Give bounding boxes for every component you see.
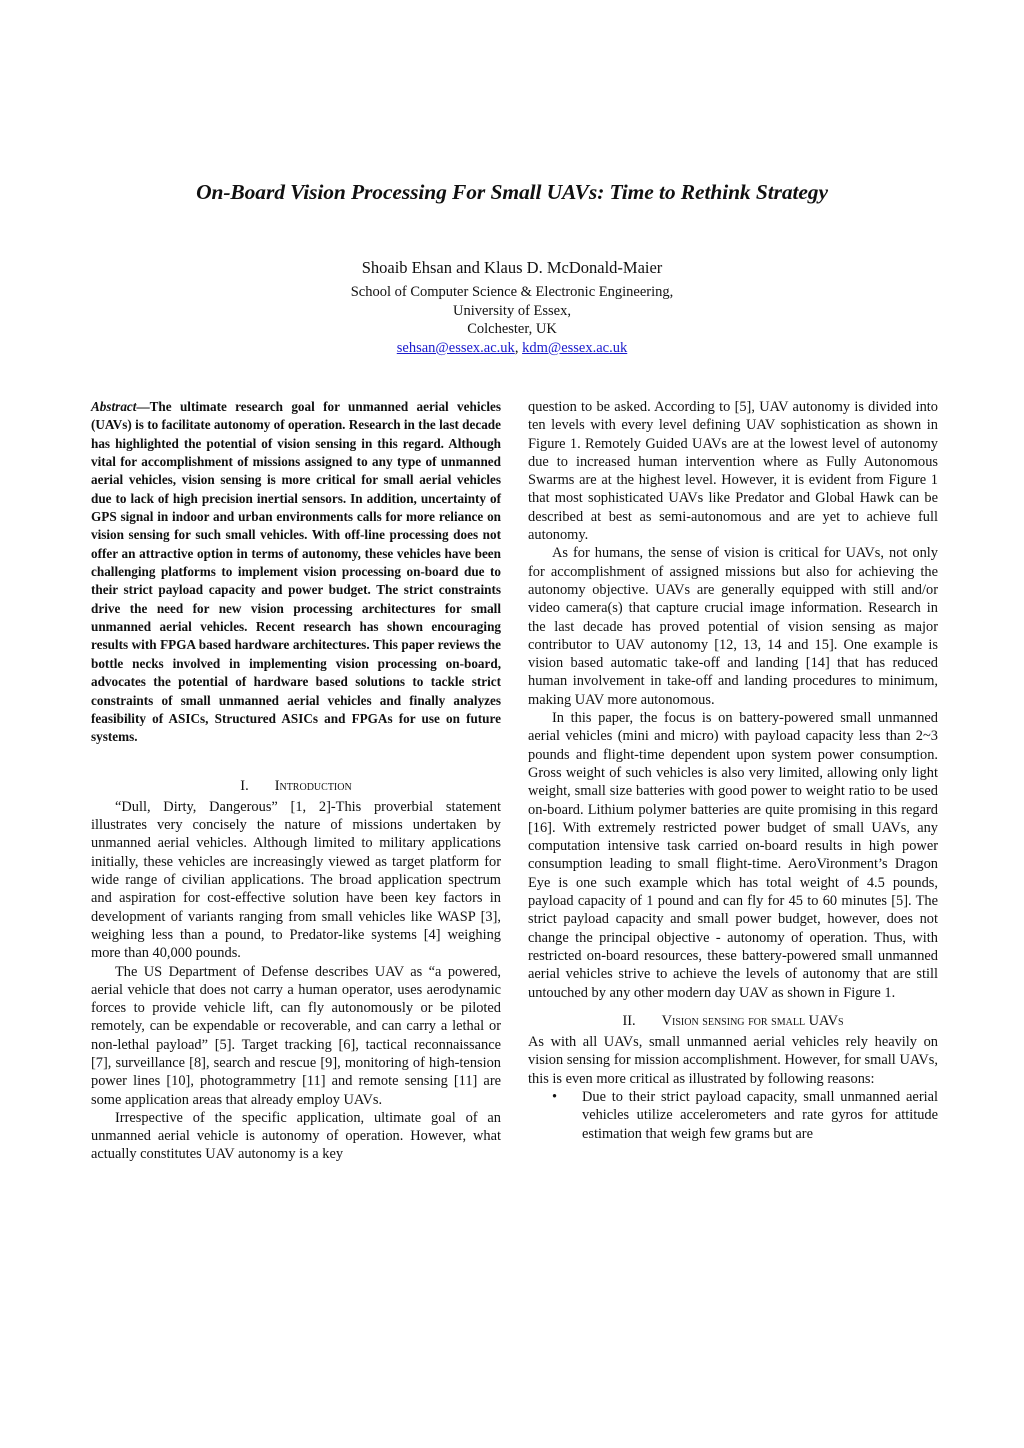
section-heading-introduction: I.Introduction [91,777,501,795]
paragraph: Irrespective of the specific application… [91,1109,501,1164]
abstract-text: The ultimate research goal for unmanned … [91,399,501,744]
paragraph: In this paper, the focus is on battery-p… [528,709,938,1002]
section-heading-vision-sensing: II.Vision sensing for small UAVs [528,1012,938,1030]
section-number: I. [240,778,248,794]
bullet-list-item: • Due to their strict payload capacity, … [528,1088,938,1143]
abstract-label: Abstract [91,399,136,414]
email-link-ehsan[interactable]: sehsan@essex.ac.uk [397,340,515,356]
affiliation-line: Colchester, UK [0,320,1024,339]
paragraph: The US Department of Defense describes U… [91,963,501,1109]
affiliation-line: University of Essex, [0,302,1024,321]
section-number: II. [622,1013,635,1029]
abstract-dash: — [136,399,149,414]
bullet-text: Due to their strict payload capacity, sm… [582,1088,938,1143]
email-separator: , [515,340,522,356]
affiliation-line: School of Computer Science & Electronic … [0,283,1024,302]
paper-title: On-Board Vision Processing For Small UAV… [0,180,1024,205]
section-title: Introduction [275,778,352,794]
paragraph: As with all UAVs, small unmanned aerial … [528,1033,938,1088]
paragraph: As for humans, the sense of vision is cr… [528,544,938,709]
email-link-mcdonald-maier[interactable]: kdm@essex.ac.uk [522,340,627,356]
author-affiliation: School of Computer Science & Electronic … [0,283,1024,357]
paper-authors: Shoaib Ehsan and Klaus D. McDonald-Maier [0,258,1024,278]
left-column: Abstract—The ultimate research goal for … [91,398,501,1164]
author-emails: sehsan@essex.ac.uk, kdm@essex.ac.uk [0,339,1024,358]
section-title: Vision sensing for small UAVs [662,1013,844,1029]
right-column: question to be asked. According to [5], … [528,398,938,1143]
bullet-icon: • [528,1088,582,1143]
paragraph: question to be asked. According to [5], … [528,398,938,544]
paragraph: “Dull, Dirty, Dangerous” [1, 2]-This pro… [91,798,501,963]
abstract: Abstract—The ultimate research goal for … [91,398,501,747]
